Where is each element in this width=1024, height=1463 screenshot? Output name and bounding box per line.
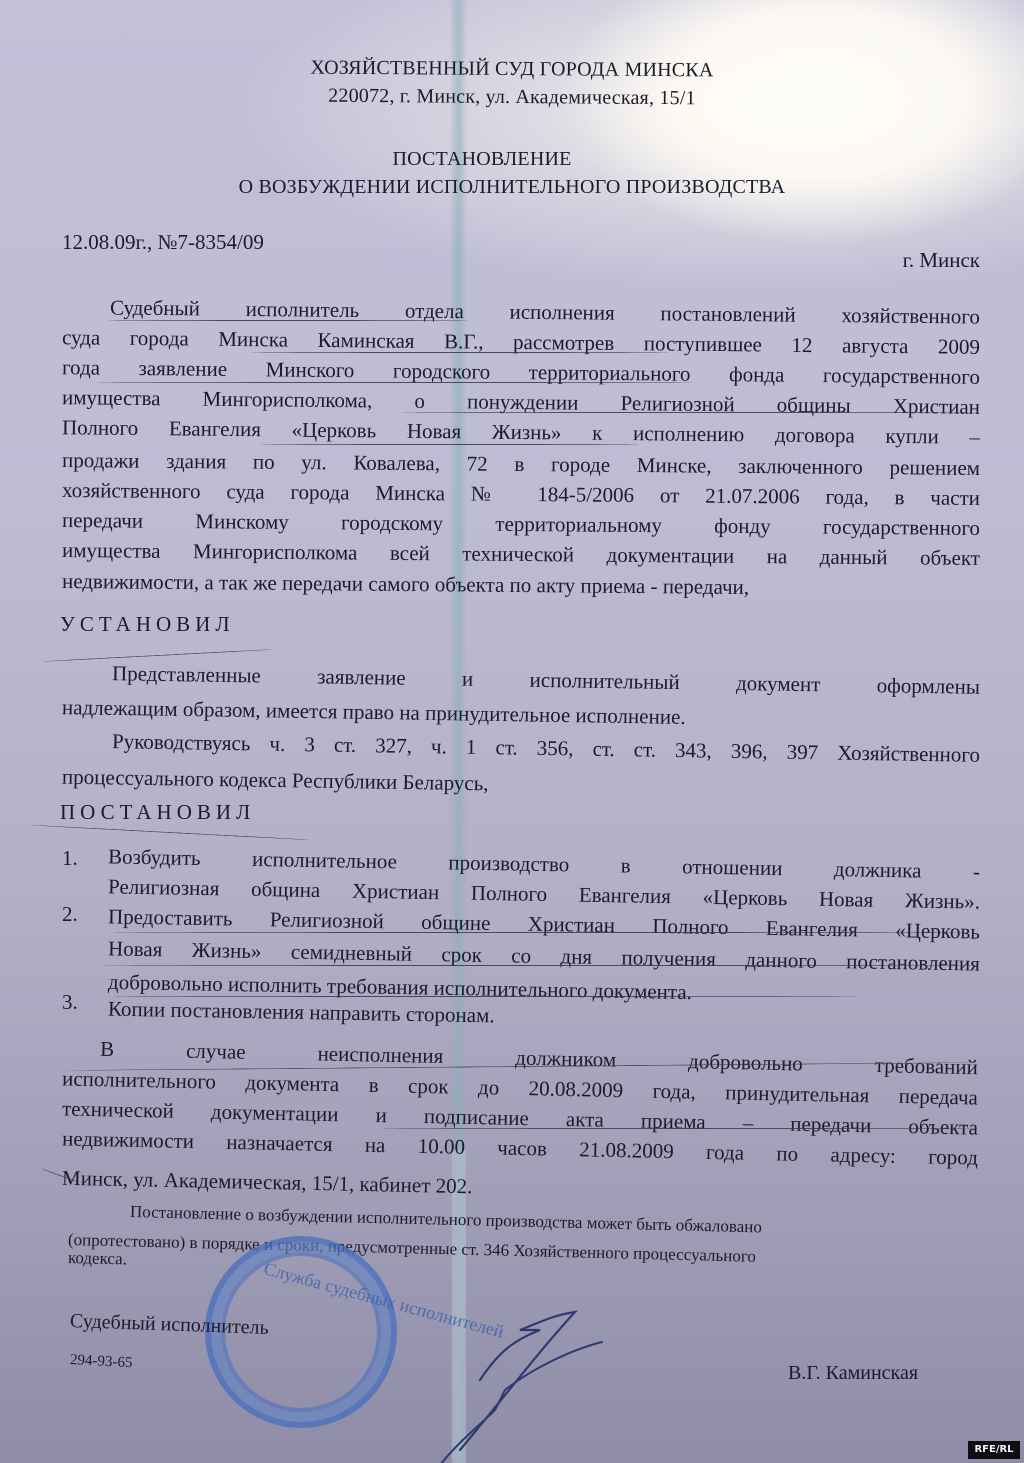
pen-underline <box>400 412 980 413</box>
doc-title-line2: О ВОЗБУЖДЕНИИ ИСПОЛНИТЕЛЬНОГО ПРОИЗВОДСТ… <box>0 176 1024 199</box>
section-heading-established: УСТАНОВИЛ <box>60 612 235 637</box>
pen-underline <box>110 996 860 997</box>
pen-underline <box>250 352 670 353</box>
signer-name: В.Г. Каминская <box>788 1362 918 1385</box>
signer-phone: 294-93-65 <box>70 1352 133 1372</box>
item-number: 2. <box>62 902 78 927</box>
date-and-number: 12.08.09г., №7-8354/09 <box>62 230 264 255</box>
pen-underline <box>380 1128 980 1129</box>
pen-underline <box>108 320 468 321</box>
pen-underline <box>110 932 970 933</box>
handwritten-signature-icon <box>340 1300 620 1463</box>
appeal-note-line: кодекса. <box>68 1248 127 1269</box>
pen-underline <box>100 965 980 966</box>
item-number: 3. <box>62 990 78 1015</box>
doc-title-line1: ПОСТАНОВЛЕНИЕ <box>0 148 1024 171</box>
pen-underline <box>95 382 695 383</box>
city: г. Минск <box>903 248 980 273</box>
pen-underline <box>260 444 640 445</box>
item-number: 1. <box>62 846 78 871</box>
section-heading-resolved: ПОСТАНОВИЛ <box>60 800 255 825</box>
rferl-watermark: RFE/RL <box>968 1441 1020 1459</box>
